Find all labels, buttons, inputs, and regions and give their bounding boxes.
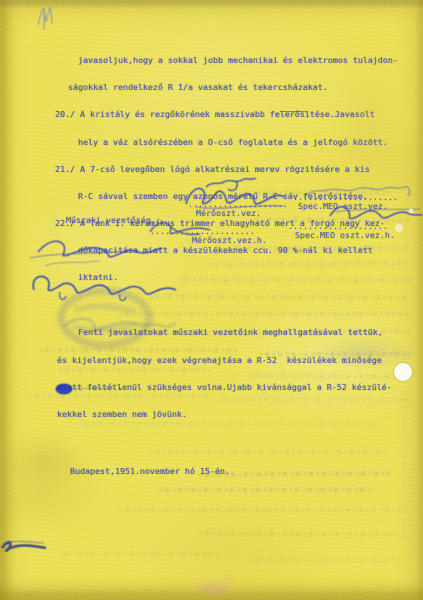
left-margin-scribble <box>2 541 46 550</box>
handwriting-overlay <box>0 0 423 600</box>
scanned-document-page: javasoljuk,hogy a sokkal jobb mechanikai… <box>0 0 423 600</box>
handwritten-signature-lower-flourish <box>30 241 162 266</box>
handwritten-signature-right-1 <box>305 187 410 196</box>
pencil-mark <box>38 7 52 30</box>
pink-smudge <box>198 575 234 595</box>
date-flourish-signature <box>206 178 256 191</box>
handwritten-signature-main <box>186 188 284 208</box>
faded-stamp <box>61 291 149 345</box>
ink-blob <box>56 384 122 395</box>
paper-fleck <box>395 224 403 232</box>
paper-fleck <box>409 209 414 214</box>
hole-punch <box>393 362 412 381</box>
handwritten-signature-right-2 <box>330 207 422 219</box>
handwritten-signature-center-2 <box>150 223 210 235</box>
